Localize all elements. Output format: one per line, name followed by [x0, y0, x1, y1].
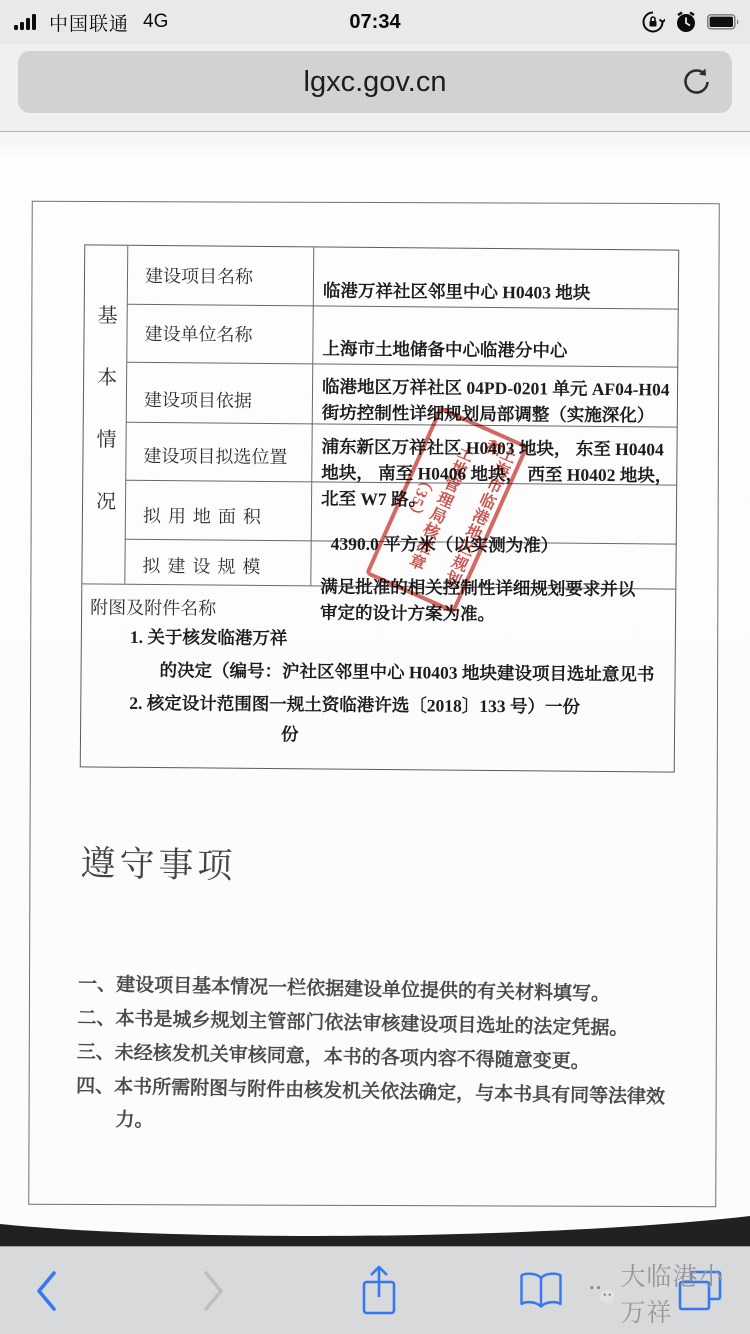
- webpage-document-photo: 基本情况 建设项目名称 建设单位名称 建设项目依据 建设项目拟选位置 拟用地面积…: [0, 132, 750, 1246]
- attachment-line-2: 的决定（编号：沪社区邻里中心 H0403 地块建设项目选址意见书: [159, 657, 654, 686]
- open-book-icon: [517, 1271, 565, 1311]
- url-field[interactable]: lgxc.gov.cn: [18, 51, 732, 113]
- status-bar: 中国联通 4G 07:34: [0, 0, 750, 44]
- value-builder-name: 上海市土地储备中心临港分中心: [322, 335, 674, 364]
- forward-chevron-icon: [200, 1269, 228, 1313]
- share-button[interactable]: [355, 1247, 403, 1334]
- status-right: [641, 0, 740, 44]
- row-label-build-scale: 拟建设规模: [142, 552, 312, 579]
- share-icon: [359, 1264, 399, 1318]
- back-button[interactable]: [24, 1247, 68, 1334]
- compliance-list: 一、建设项目基本情况一栏依据建设单位提供的有关材料填写。 二、本书是城乡规划主管…: [75, 968, 678, 1147]
- forward-button[interactable]: [192, 1247, 236, 1334]
- bookmarks-button[interactable]: [515, 1247, 567, 1334]
- back-chevron-icon: [32, 1269, 60, 1313]
- refresh-icon[interactable]: [680, 66, 712, 98]
- value-project-name: 临港万祥社区邻里中心 H0403 地块: [323, 277, 675, 306]
- row-label-project-name: 建设项目名称: [145, 262, 315, 289]
- row-label-project-basis: 建设项目依据: [144, 386, 314, 413]
- alarm-icon: [674, 10, 698, 34]
- attachments-label: 附图及附件名称: [90, 593, 216, 620]
- row-label-site-location: 建设项目拟选位置: [143, 442, 313, 469]
- wechat-logo-icon: [584, 1276, 616, 1310]
- attachment-line-1: 1. 关于核发临港万祥: [130, 624, 288, 650]
- section-label-vertical: 基本情况: [82, 245, 127, 583]
- address-bar: lgxc.gov.cn: [0, 44, 750, 132]
- watermark-text: 大临港小万祥: [621, 1257, 750, 1329]
- wechat-watermark: 大临港小万祥: [584, 1269, 750, 1317]
- photo-dark-edge: [0, 1212, 750, 1246]
- attachment-line-4: 份: [281, 721, 299, 746]
- permit-info-table: 基本情况 建设项目名称 建设单位名称 建设项目依据 建设项目拟选位置 拟用地面积…: [80, 244, 680, 772]
- row-label-builder-name: 建设单位名称: [144, 320, 314, 347]
- value-project-basis: 临港地区万祥社区 04PD-0201 单元 AF04-H04 街坊控制性详细规划…: [322, 373, 674, 428]
- attachment-line-3: 2. 核定设计范围图一规土资临港许选〔2018〕133 号）一份: [129, 690, 580, 719]
- value-build-scale: 满足批准的相关控制性详细规划要求并以审定的设计方案为准。: [320, 573, 642, 628]
- orientation-lock-icon: [641, 10, 665, 34]
- clock-label: 07:34: [0, 11, 750, 34]
- browser-toolbar: 大临港小万祥: [0, 1246, 750, 1334]
- compliance-section: 遵守事项 一、建设项目基本情况一栏依据建设单位提供的有关材料填写。 二、本书是城…: [75, 836, 721, 1149]
- battery-icon: [707, 14, 740, 30]
- url-text: lgxc.gov.cn: [304, 66, 447, 99]
- compliance-item-4: 四、本书所需附图与附件由核发机关依法确定，与本书具有同等法律效力。: [75, 1070, 676, 1148]
- table-divider: [310, 247, 314, 585]
- row-label-land-area: 拟用地面积: [143, 502, 313, 529]
